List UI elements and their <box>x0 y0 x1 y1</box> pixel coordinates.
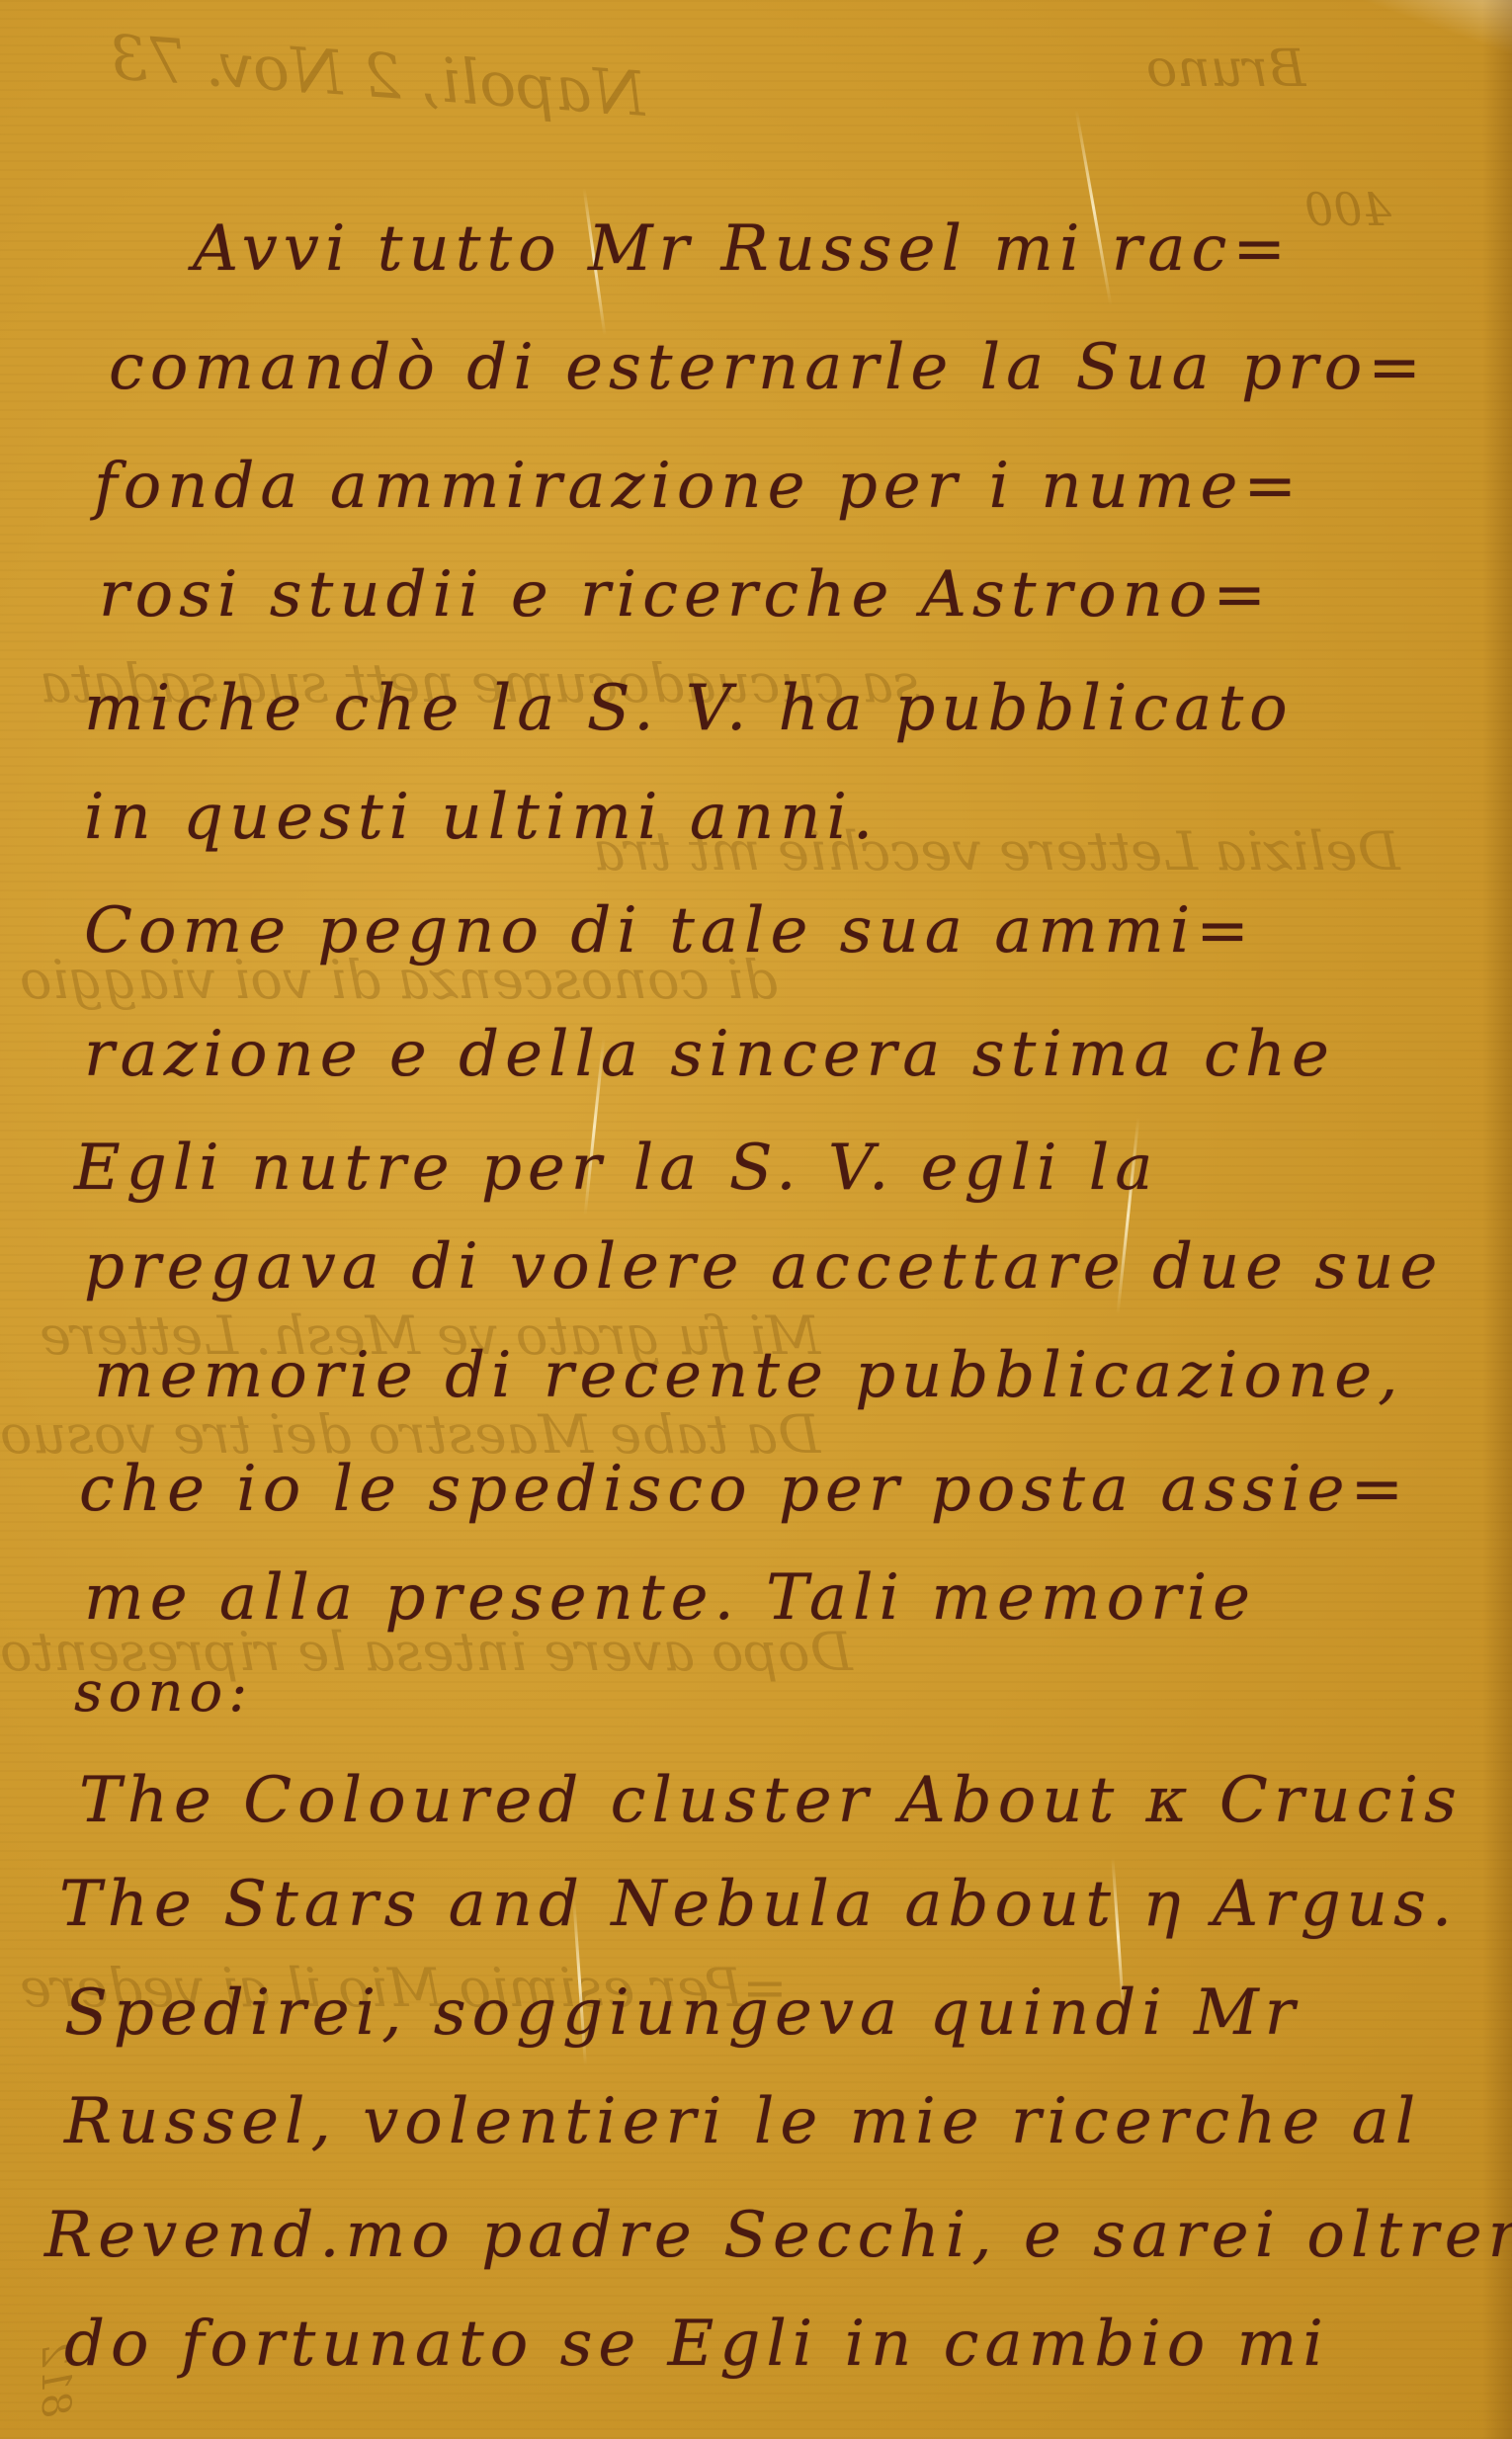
page-corner-highlight <box>1295 0 1512 59</box>
letter-line: me alla presente. Tali memorie <box>84 1561 1256 1635</box>
letter-line: Avvi tutto Mr Russel mi rac= <box>193 212 1292 286</box>
letter-line: Revend.mo padre Secchi, e sarei oltremo= <box>44 2199 1512 2272</box>
letter-page: Napoli, 2 Nov. 73 Bruno 400 812 sa cucua… <box>0 0 1512 2439</box>
letter-line: fonda ammirazione per i nume= <box>94 450 1302 523</box>
letter-line: comandò di esternarle la Sua pro= <box>109 331 1427 404</box>
letter-line: Spedirei, soggiungeva quindi Mr <box>64 1976 1301 2050</box>
bleed-through-date: Napoli, 2 Nov. 73 <box>107 21 648 130</box>
letter-line: Come pegno di tale sua ammi= <box>84 894 1255 967</box>
letter-line: do fortunato se Egli in cambio mi <box>64 2308 1329 2381</box>
letter-line: razione e della sincera stima che <box>84 1018 1335 1091</box>
letter-line: Egli nutre per la S. V. egli la <box>74 1132 1158 1205</box>
letter-line: The Stars and Nebula about η Argus. <box>59 1868 1458 1941</box>
bleed-through-number: 400 <box>1304 183 1391 236</box>
letter-line: pregava di volere accettare due sue <box>84 1230 1443 1304</box>
bleed-through-name: Bruno <box>1146 40 1305 99</box>
letter-line: sono: <box>74 1660 253 1724</box>
letter-line: Russel, volentieri le mie ricerche al <box>64 2085 1421 2158</box>
letter-line: rosi studii e ricerche Astrono= <box>99 558 1272 631</box>
page-edge-shadow <box>1482 0 1512 2439</box>
letter-line: in questi ultimi anni. <box>84 781 879 854</box>
letter-line: memorie di recente pubblicazione, <box>94 1339 1403 1412</box>
letter-line: The Coloured cluster About κ Crucis <box>79 1764 1463 1837</box>
letter-line: miche che la S. V. ha pubblicato <box>84 672 1294 745</box>
letter-line: che io le spedisco per posta assie= <box>79 1453 1409 1526</box>
